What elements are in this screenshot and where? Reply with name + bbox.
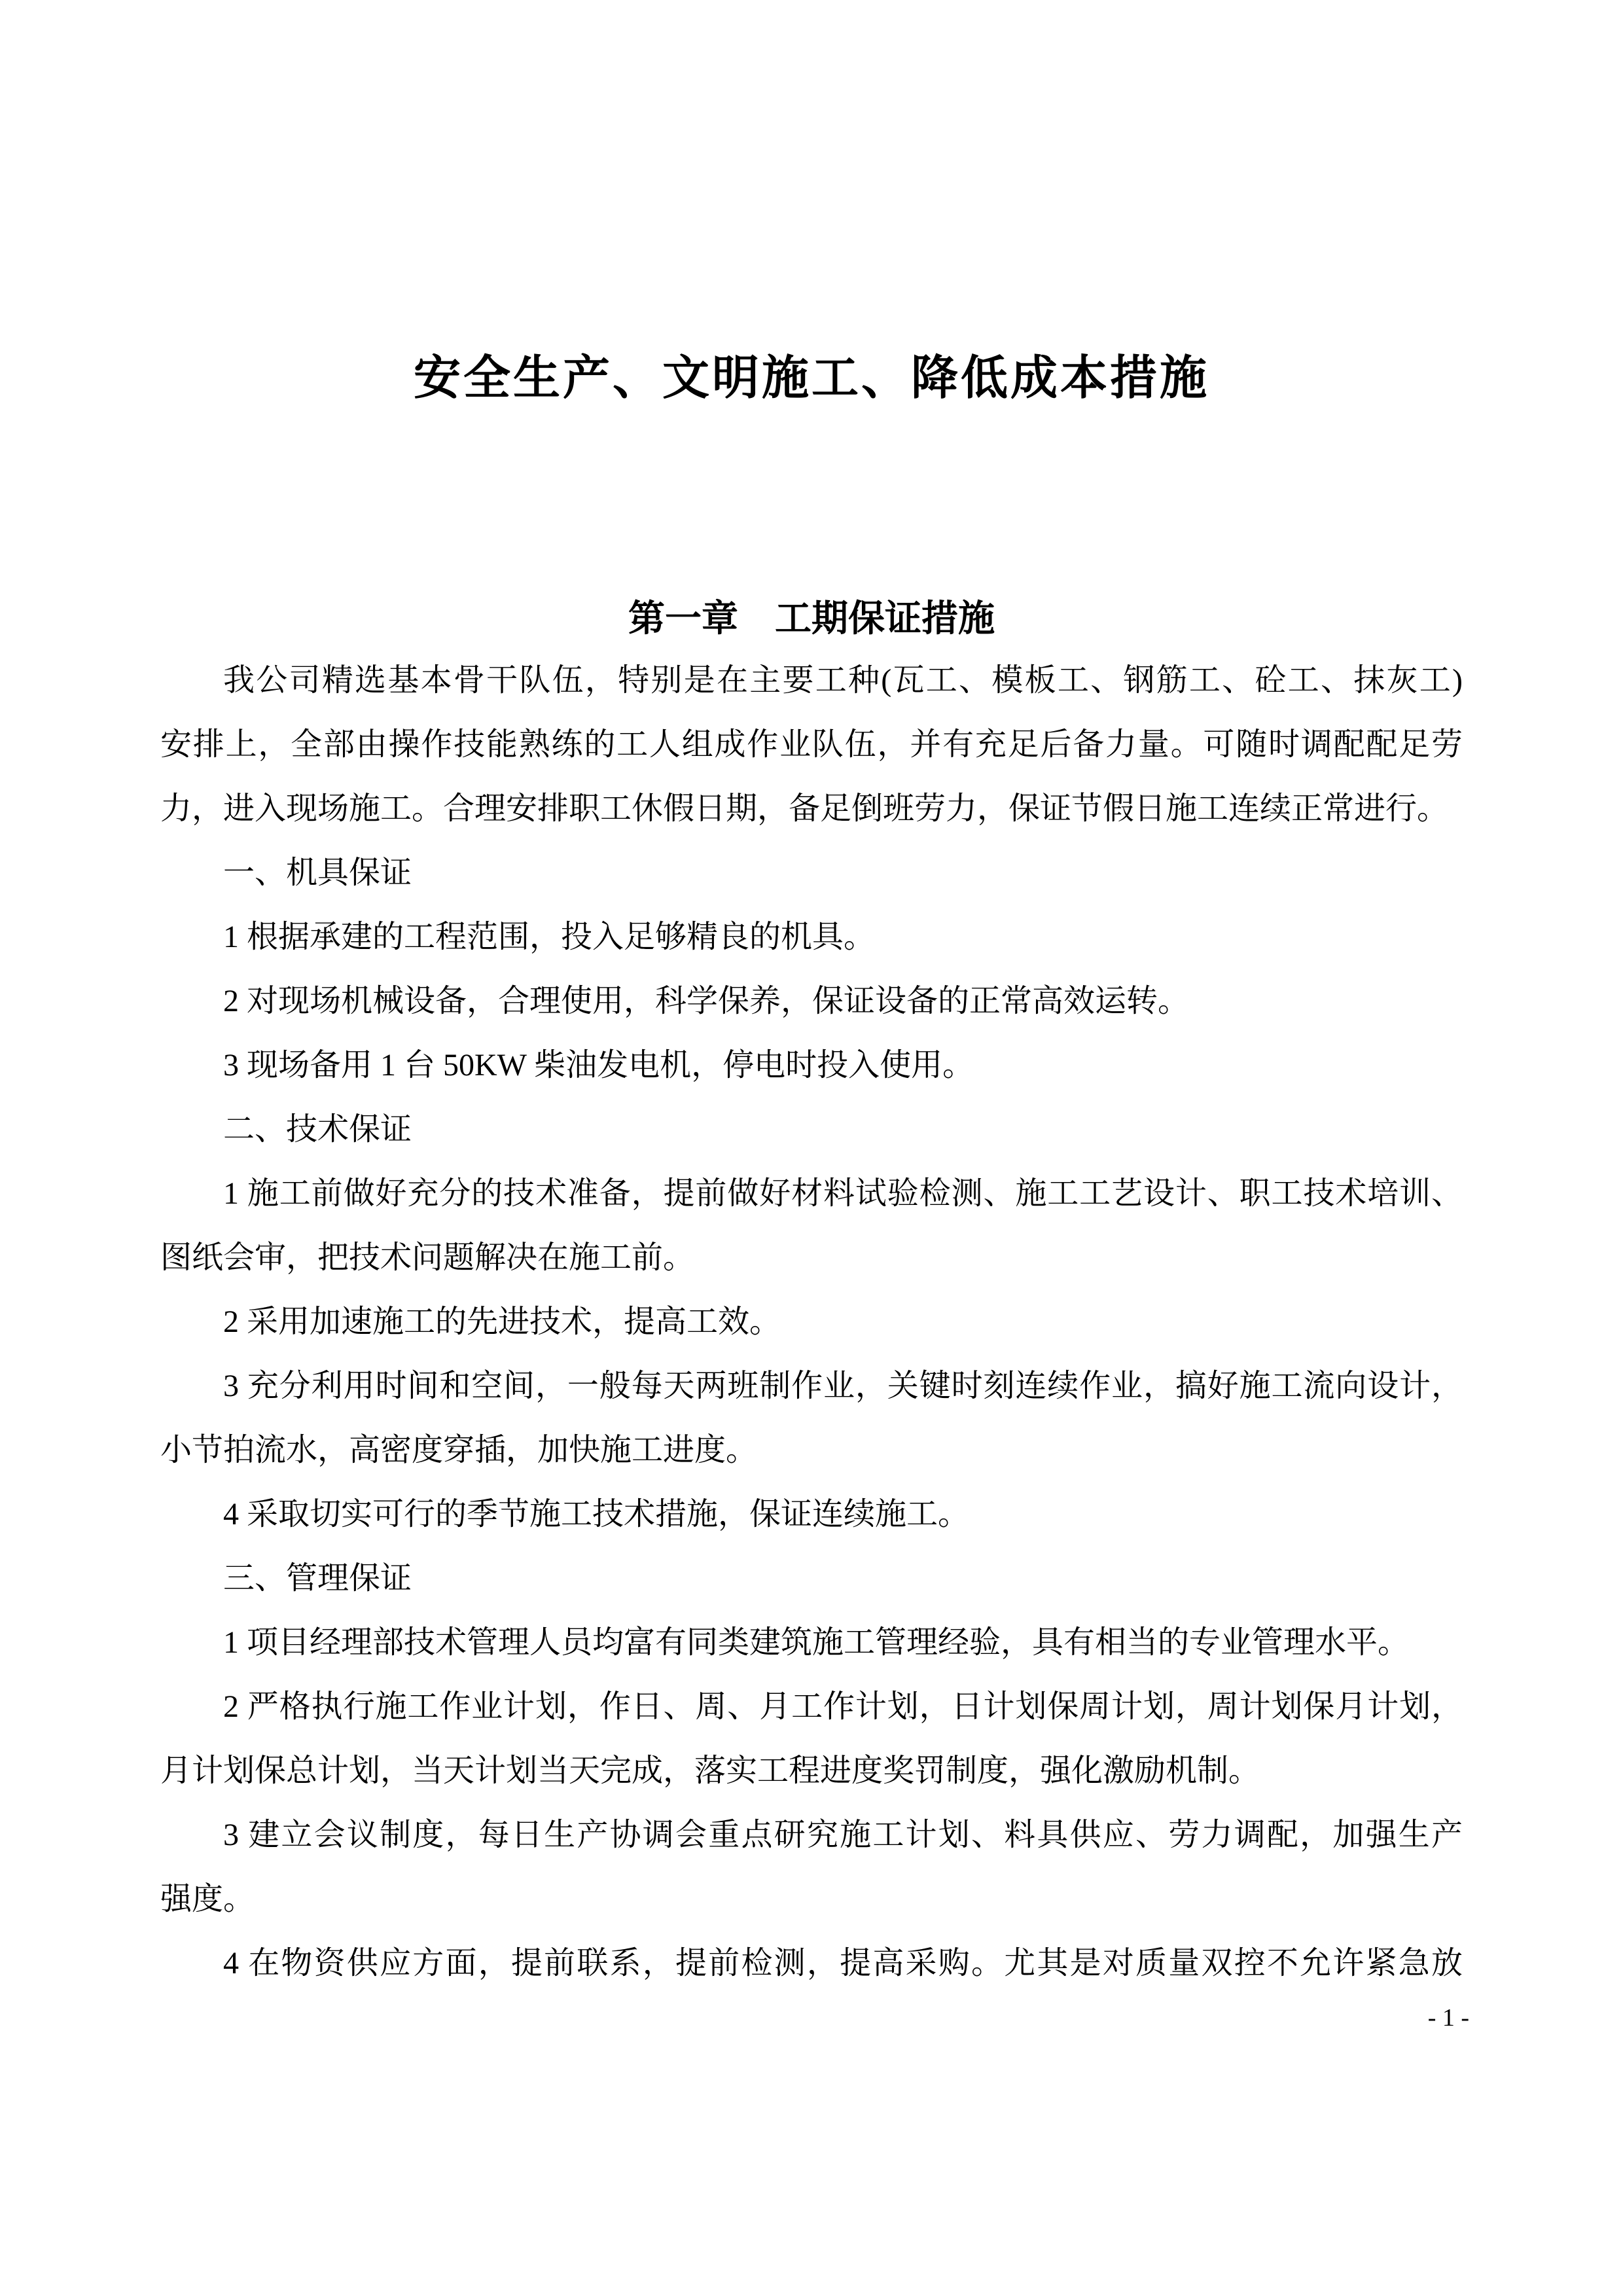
chapter-heading: 第一章 工期保证措施 bbox=[160, 600, 1463, 637]
text-line: 4 在物资供应方面，提前联系，提前检测，提高采购。尤其是对质量双控不允许紧急放 bbox=[160, 1931, 1463, 1996]
text-line: 4 采取切实可行的季节施工技术措施，保证连续施工。 bbox=[160, 1482, 1463, 1547]
text-line: 一、机具保证 bbox=[160, 841, 1463, 905]
text-line: 3 充分利用时间和空间，一般每天两班制作业，关键时刻连续作业，搞好施工流向设计， bbox=[160, 1354, 1463, 1418]
text-line: 1 施工前做好充分的技术准备，提前做好材料试验检测、施工工艺设计、职工技术培训、 bbox=[160, 1162, 1463, 1226]
text-line: 强度。 bbox=[160, 1867, 1463, 1931]
text-line: 小节拍流水，高密度穿插，加快施工进度。 bbox=[160, 1418, 1463, 1482]
document-content: 安全生产、文明施工、降低成本措施 第一章 工期保证措施 我公司精选基本骨干队伍，… bbox=[0, 353, 1623, 1996]
text-line: 我公司精选基本骨干队伍，特别是在主要工种(瓦工、模板工、钢筋工、砼工、抹灰工) bbox=[160, 649, 1463, 713]
text-line: 3 建立会议制度，每日生产协调会重点研究施工计划、料具供应、劳力调配，加强生产 bbox=[160, 1803, 1463, 1867]
text-line: 二、技术保证 bbox=[160, 1098, 1463, 1162]
text-line: 月计划保总计划，当天计划当天完成，落实工程进度奖罚制度，强化激励机制。 bbox=[160, 1739, 1463, 1803]
text-line: 3 现场备用 1 台 50KW 柴油发电机，停电时投入使用。 bbox=[160, 1033, 1463, 1098]
text-line: 2 严格执行施工作业计划，作日、周、月工作计划，日计划保周计划，周计划保月计划， bbox=[160, 1675, 1463, 1739]
text-line: 2 对现场机械设备，合理使用，科学保养，保证设备的正常高效运转。 bbox=[160, 969, 1463, 1033]
text-line: 图纸会审，把技术问题解决在施工前。 bbox=[160, 1226, 1463, 1290]
page-number: - 1 - bbox=[1428, 2003, 1469, 2033]
text-line: 力，进入现场施工。合理安排职工休假日期，备足倒班劳力，保证节假日施工连续正常进行… bbox=[160, 777, 1463, 841]
text-line: 安排上，全部由操作技能熟练的工人组成作业队伍，并有充足后备力量。可随时调配配足劳 bbox=[160, 713, 1463, 777]
text-line: 1 根据承建的工程范围，投入足够精良的机具。 bbox=[160, 905, 1463, 969]
text-line: 2 采用加速施工的先进技术，提高工效。 bbox=[160, 1290, 1463, 1354]
text-line: 三、管理保证 bbox=[160, 1547, 1463, 1611]
document-body: 我公司精选基本骨干队伍，特别是在主要工种(瓦工、模板工、钢筋工、砼工、抹灰工)安… bbox=[160, 649, 1463, 1996]
page: 安全生产、文明施工、降低成本措施 第一章 工期保证措施 我公司精选基本骨干队伍，… bbox=[0, 0, 1623, 2296]
text-line: 1 项目经理部技术管理人员均富有同类建筑施工管理经验，具有相当的专业管理水平。 bbox=[160, 1611, 1463, 1675]
document-title: 安全生产、文明施工、降低成本措施 bbox=[160, 353, 1463, 403]
